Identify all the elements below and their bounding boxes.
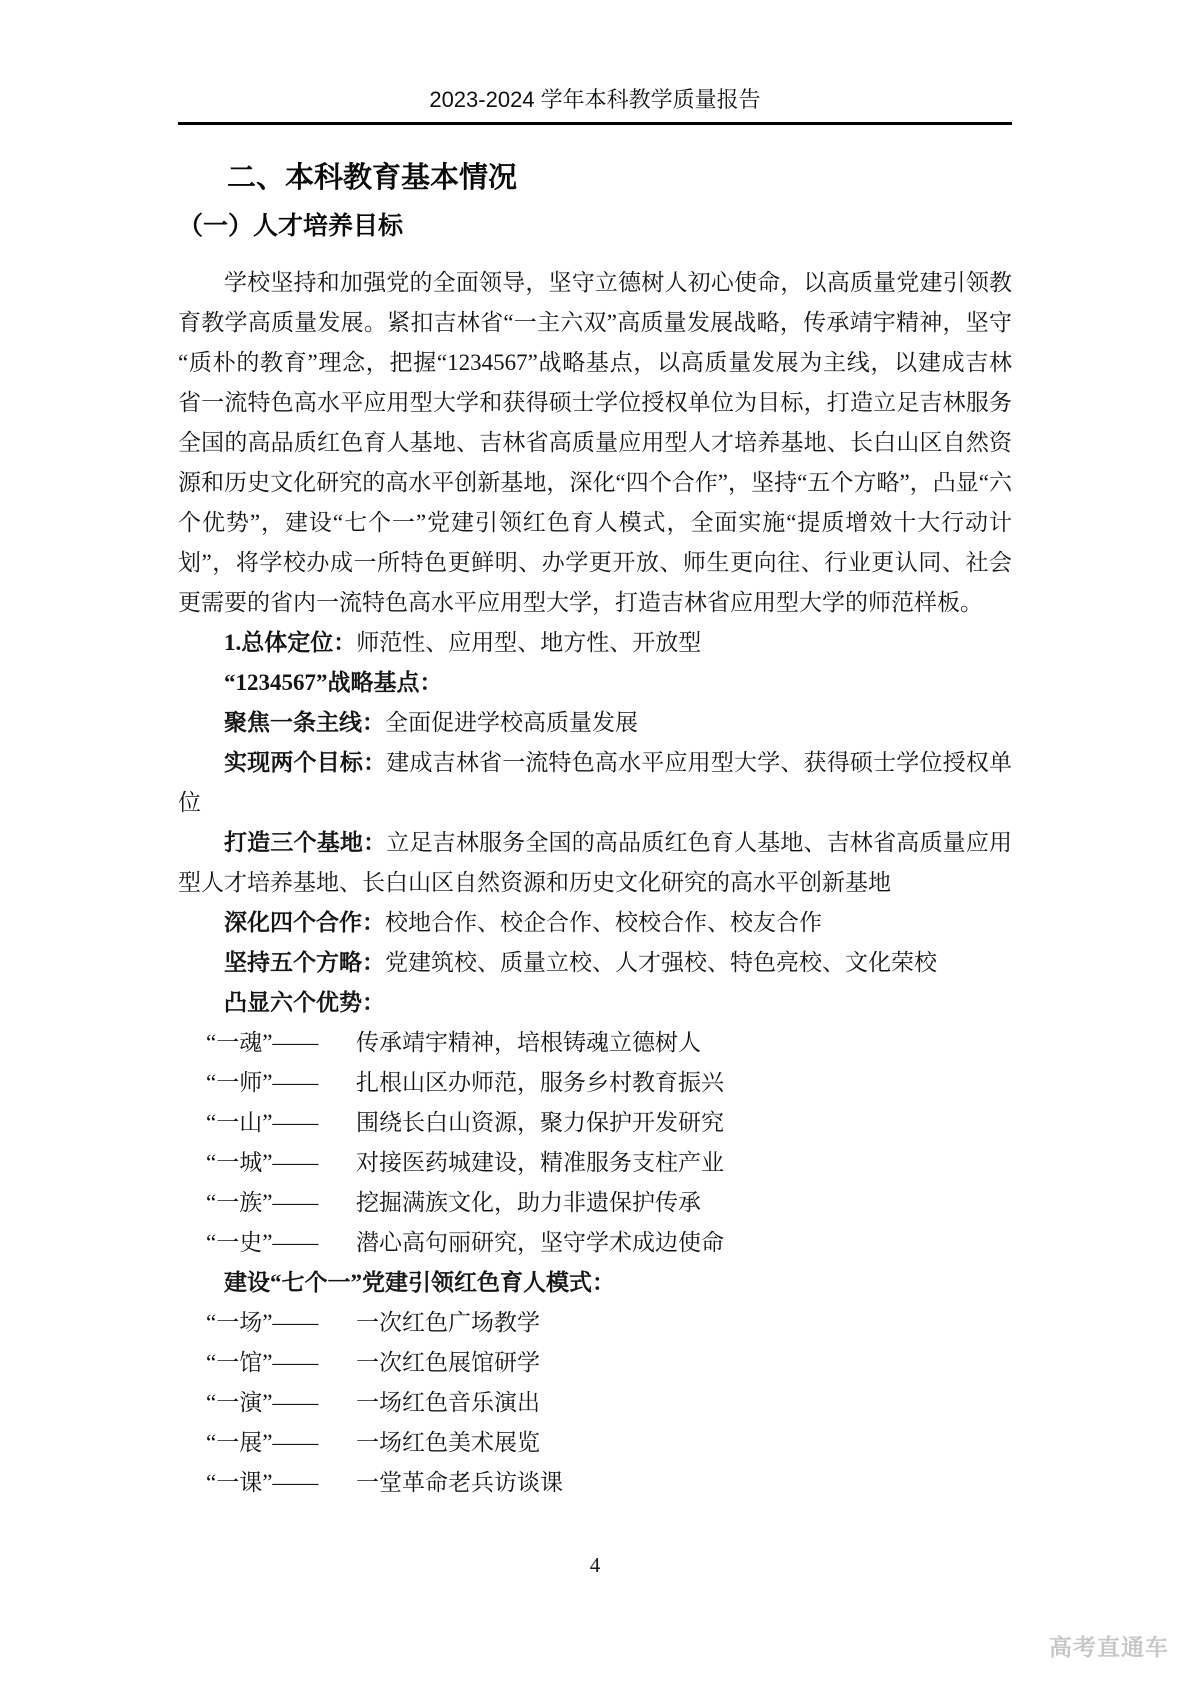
subsection-heading: （一）人才培养目标 bbox=[178, 209, 1012, 243]
advantage-item: “一史”——潜心高句丽研究，坚守学术成边使命 bbox=[178, 1223, 1012, 1263]
advantage-item: “一魂”——传承靖宇精神，培根铸魂立德树人 bbox=[178, 1023, 1012, 1063]
model-term: “一场”—— bbox=[206, 1303, 356, 1343]
advantage-desc: 对接医药城建设，精准服务支柱产业 bbox=[356, 1150, 724, 1175]
advantage-term: “一师”—— bbox=[206, 1063, 356, 1103]
advantage-item: “一族”——挖掘满族文化，助力非遗保护传承 bbox=[178, 1183, 1012, 1223]
advantage-term: “一魂”—— bbox=[206, 1023, 356, 1063]
model-desc: 一次红色广场教学 bbox=[356, 1310, 540, 1335]
strategy-item: 深化四个合作：校地合作、校企合作、校校合作、校友合作 bbox=[178, 903, 1012, 943]
advantage-desc: 挖掘满族文化，助力非遗保护传承 bbox=[356, 1190, 701, 1215]
advantage-term: “一史”—— bbox=[206, 1223, 356, 1263]
model-term: “一演”—— bbox=[206, 1383, 356, 1423]
model-term: “一展”—— bbox=[206, 1423, 356, 1463]
model-item: “一场”——一次红色广场教学 bbox=[178, 1303, 1012, 1343]
advantage-desc: 传承靖宇精神，培根铸魂立德树人 bbox=[356, 1030, 701, 1055]
strategy-item-label: 聚焦一条主线： bbox=[224, 710, 385, 735]
model-heading: 建设“七个一”党建引领红色育人模式： bbox=[178, 1263, 1012, 1303]
overall-positioning-value: 师范性、应用型、地方性、开放型 bbox=[356, 630, 701, 655]
strategy-item: 实现两个目标：建成吉林省一流特色高水平应用型大学、获得硕士学位授权单位 bbox=[178, 743, 1012, 823]
advantage-item: “一山”——围绕长白山资源，聚力保护开发研究 bbox=[178, 1103, 1012, 1143]
advantage-item: “一城”——对接医药城建设，精准服务支柱产业 bbox=[178, 1143, 1012, 1183]
page-content: 2023-2024 学年本科教学质量报告 二、本科教育基本情况 （一）人才培养目… bbox=[0, 86, 1191, 1503]
overall-positioning-line: 1.总体定位：师范性、应用型、地方性、开放型 bbox=[178, 623, 1012, 663]
strategy-item: 打造三个基地：立足吉林服务全国的高品质红色育人基地、吉林省高质量应用型人才培养基… bbox=[178, 823, 1012, 903]
strategy-item: 坚持五个方略：党建筑校、质量立校、人才强校、特色亮校、文化荣校 bbox=[178, 943, 1012, 983]
section-heading: 二、本科教育基本情况 bbox=[178, 159, 1012, 197]
advantage-desc: 扎根山区办师范，服务乡村教育振兴 bbox=[356, 1070, 724, 1095]
model-item: “一演”——一场红色音乐演出 bbox=[178, 1383, 1012, 1423]
strategy-heading: “1234567”战略基点： bbox=[178, 663, 1012, 703]
model-desc: 一次红色展馆研学 bbox=[356, 1350, 540, 1375]
advantage-term: “一山”—— bbox=[206, 1103, 356, 1143]
strategy-item-value: 党建筑校、质量立校、人才强校、特色亮校、文化荣校 bbox=[385, 950, 937, 975]
model-term: “一馆”—— bbox=[206, 1343, 356, 1383]
model-desc: 一场红色音乐演出 bbox=[356, 1390, 540, 1415]
advantage-item: “一师”——扎根山区办师范，服务乡村教育振兴 bbox=[178, 1063, 1012, 1103]
strategy-item-label: 实现两个目标： bbox=[224, 750, 386, 775]
strategy-item-label: 打造三个基地： bbox=[224, 830, 386, 855]
strategy-item-label: 深化四个合作： bbox=[224, 910, 385, 935]
model-item: “一课”——一堂革命老兵访谈课 bbox=[178, 1463, 1012, 1503]
advantage-term: “一城”—— bbox=[206, 1143, 356, 1183]
advantage-desc: 围绕长白山资源，聚力保护开发研究 bbox=[356, 1110, 724, 1135]
watermark-text: 高考直通车 bbox=[1049, 1629, 1169, 1662]
overall-positioning-label: 1.总体定位： bbox=[224, 630, 356, 655]
model-term: “一课”—— bbox=[206, 1463, 356, 1503]
model-item: “一馆”——一次红色展馆研学 bbox=[178, 1343, 1012, 1383]
strategy-item-label: 坚持五个方略： bbox=[224, 950, 385, 975]
page-number: 4 bbox=[178, 1552, 1012, 1578]
model-desc: 一场红色美术展览 bbox=[356, 1430, 540, 1455]
strategy-item: 聚焦一条主线：全面促进学校高质量发展 bbox=[178, 703, 1012, 743]
model-item: “一展”——一场红色美术展览 bbox=[178, 1423, 1012, 1463]
advantages-heading: 凸显六个优势： bbox=[178, 983, 1012, 1023]
strategy-item-value: 校地合作、校企合作、校校合作、校友合作 bbox=[385, 910, 822, 935]
intro-paragraph: 学校坚持和加强党的全面领导，坚守立德树人初心使命，以高质量党建引领教育教学高质量… bbox=[178, 263, 1012, 623]
model-desc: 一堂革命老兵访谈课 bbox=[356, 1470, 563, 1495]
advantage-term: “一族”—— bbox=[206, 1183, 356, 1223]
advantage-desc: 潜心高句丽研究，坚守学术成边使命 bbox=[356, 1230, 724, 1255]
header-divider bbox=[178, 122, 1012, 125]
document-page: 2023-2024 学年本科教学质量报告 二、本科教育基本情况 （一）人才培养目… bbox=[0, 0, 1191, 1684]
running-header-title: 2023-2024 学年本科教学质量报告 bbox=[178, 86, 1012, 114]
strategy-item-value: 全面促进学校高质量发展 bbox=[385, 710, 638, 735]
